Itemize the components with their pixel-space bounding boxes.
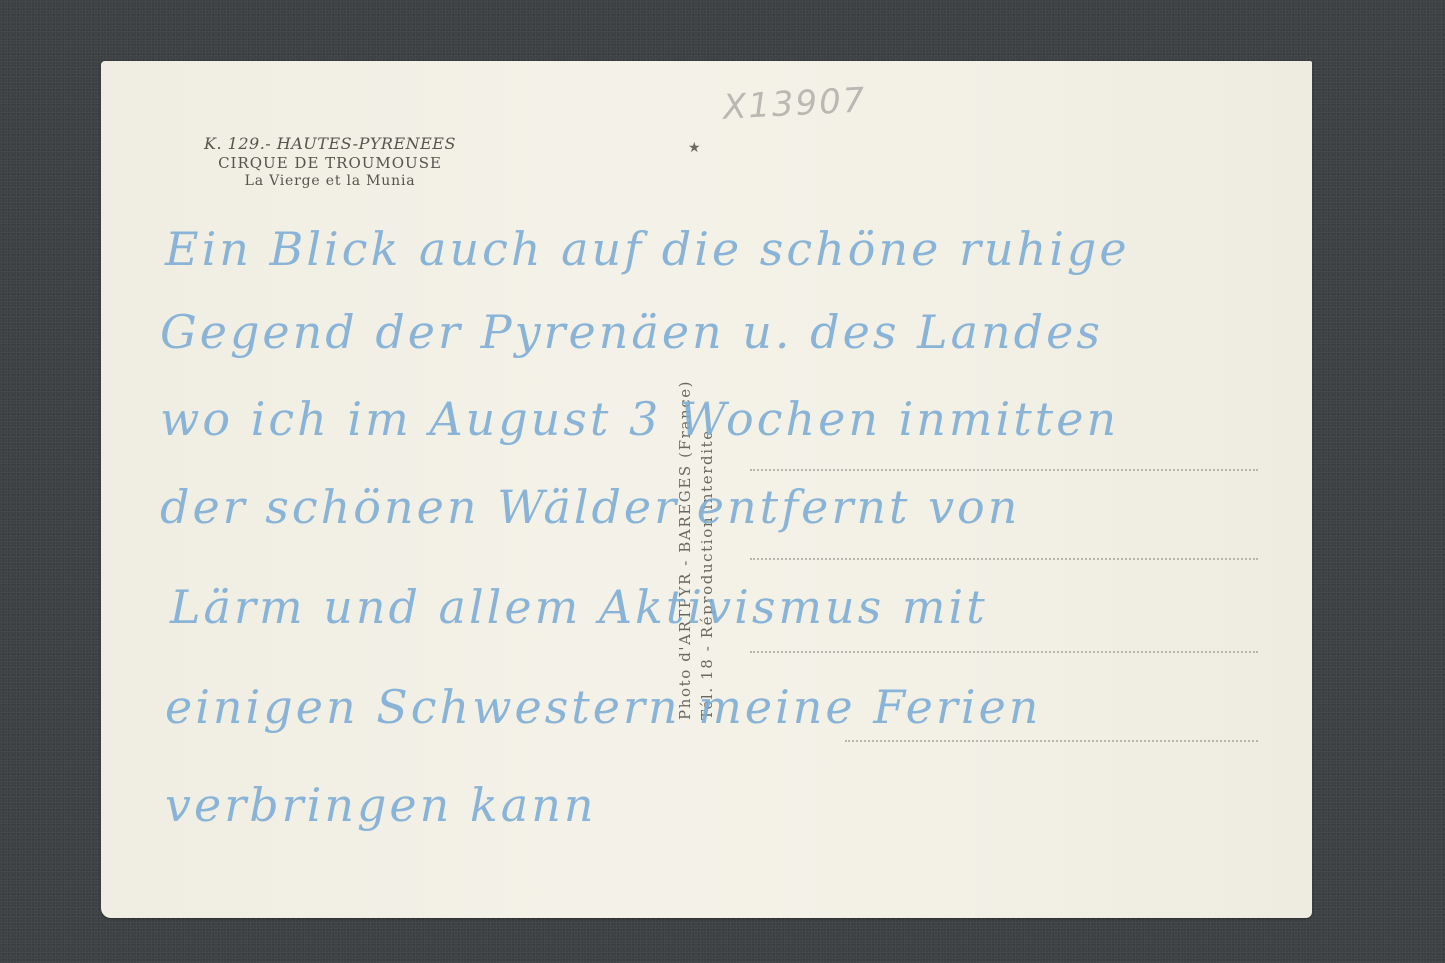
caption-series-region: K. 129.- HAUTES-PYRENEES (170, 134, 490, 153)
star-icon: ★ (688, 141, 701, 155)
pencil-reference-number: X13907 (722, 80, 867, 127)
handwritten-line-2: Gegend der Pyrenäen u. des Landes (160, 305, 1103, 359)
caption-location: CIRQUE DE TROUMOUSE (170, 154, 490, 172)
handwritten-line-7: verbringen kann (165, 778, 596, 832)
handwritten-line-6: einigen Schwestern meine Ferien (165, 680, 1041, 734)
handwritten-line-3: wo ich im August 3 Wochen inmitten (160, 392, 1119, 446)
address-line-4 (845, 740, 1258, 742)
address-line-2 (750, 558, 1258, 560)
handwritten-line-1: Ein Blick auch auf die schöne ruhige (165, 222, 1130, 276)
printed-caption: K. 129.- HAUTES-PYRENEES CIRQUE DE TROUM… (170, 134, 490, 189)
handwritten-line-5: Lärm und allem Aktivismus mit (170, 580, 988, 634)
handwritten-line-4: der schönen Wälder entfernt von (160, 480, 1020, 534)
address-line-3 (750, 651, 1258, 653)
address-line-1 (750, 469, 1258, 471)
caption-subject: La Vierge et la Munia (170, 173, 490, 189)
